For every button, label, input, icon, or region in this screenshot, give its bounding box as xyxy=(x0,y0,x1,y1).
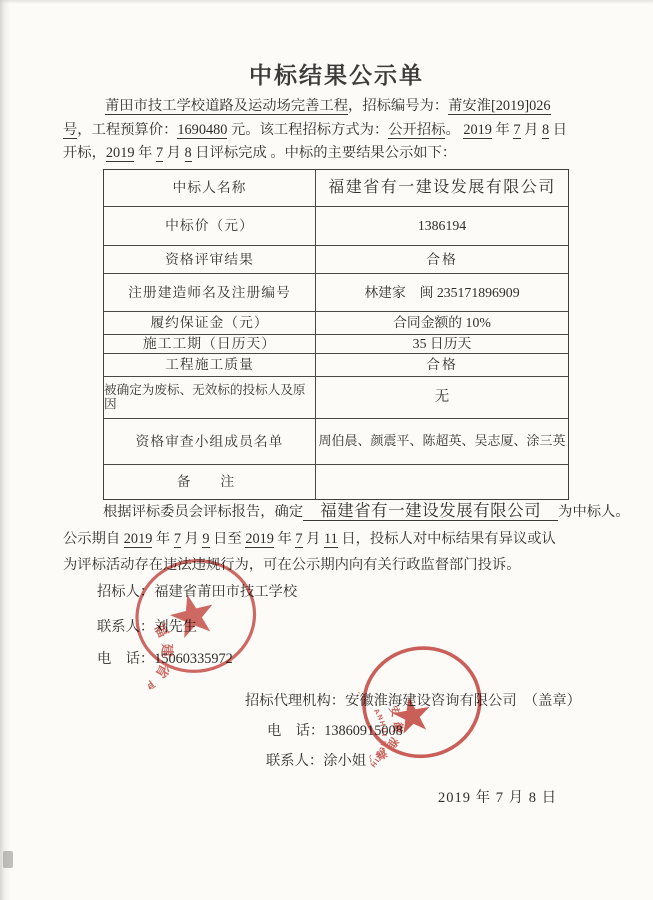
table-row: 中标人名称福建省有一建设发展有限公司 xyxy=(104,170,568,206)
text-segment: 日至 xyxy=(210,531,246,547)
row-label: 履约保证金（元） xyxy=(104,312,315,334)
contact-name: 涂小姐 xyxy=(323,753,366,769)
underlined-text: 11 xyxy=(324,531,338,548)
text-segment: 月 xyxy=(521,122,542,138)
row-value: 1386194 xyxy=(315,207,568,245)
text-segment: 公示期自 xyxy=(63,531,124,547)
table-row: 注册建造师名及注册编号林建家 闽 235171896909 xyxy=(104,273,568,311)
scan-edge-shadow xyxy=(0,0,10,900)
confirm-line: 根据评标委员会评标报告，确定 福建省有一建设发展有限公司 为中标人。 xyxy=(63,498,593,526)
scanned-document-page: 中标结果公示单 莆田市技工学校道路及运动场完善工程，招标编号为：莆安淮[2019… xyxy=(0,0,653,900)
underlined-text: 9 xyxy=(202,531,209,548)
row-value: 合同金额的 10% xyxy=(315,312,568,334)
row-value: 无 xyxy=(315,377,568,418)
underlined-text: 2019 xyxy=(463,122,492,139)
text-segment: 年 xyxy=(492,122,513,138)
text-segment: 为评标活动存在违法违规行为，可在公示期内向有关行政监督部门投诉。 xyxy=(63,557,521,573)
intro-line: 莆田市技工学校道路及运动场完善工程，招标编号为：莆安淮[2019]026 xyxy=(63,95,593,119)
phone-number: 13860915008 xyxy=(324,723,403,739)
underlined-text: 莆安淮[2019]026 xyxy=(448,98,550,115)
confirm-line: 为评标活动存在违法违规行为，可在公示期内向有关行政监督部门投诉。 xyxy=(63,552,593,579)
underlined-text: 号 xyxy=(63,122,77,139)
underlined-text: 7 xyxy=(513,122,520,139)
table-row: 中标价（元）1386194 xyxy=(104,206,568,245)
tenderer-line: 招标人：福建省莆田市技工学校 xyxy=(97,581,297,601)
contact-name: 刘先生 xyxy=(154,619,197,635)
tenderer-phone-line: 电 话：15060335972 xyxy=(97,648,233,668)
underlined-text: 莆田市技工学校道路及运动场完善工程 xyxy=(105,98,348,115)
underlined-text: 7 xyxy=(295,531,302,548)
scan-edge-mark xyxy=(3,851,13,868)
row-value: 合格 xyxy=(315,354,568,376)
text-segment: 。 xyxy=(445,122,463,138)
text-segment: 月 xyxy=(181,531,202,547)
underlined-text: 1690480 xyxy=(177,122,227,139)
text-segment: 日 xyxy=(549,122,567,138)
text-segment: 元。该工程招标方式为： xyxy=(227,122,388,138)
underlined-text: 2019 xyxy=(124,531,153,548)
phone-label: 电 话： xyxy=(97,651,154,667)
row-value: 35 日历天 xyxy=(315,335,568,353)
tenderer-contact-line: 联系人：刘先生 xyxy=(97,616,197,636)
underlined-text: 福建省有一建设发展有限公司 xyxy=(303,501,558,521)
text-segment: ，招标编号为： xyxy=(348,98,448,114)
contact-label: 联系人： xyxy=(97,619,154,635)
table-row: 被确定为废标、无效标的投标人及原因无 xyxy=(104,376,568,418)
text-segment: 日评标完成 。中标的主要结果公示如下： xyxy=(192,145,457,161)
text-segment: 为中标人。 xyxy=(558,504,629,520)
scan-top-shadow xyxy=(0,0,653,4)
underlined-text: 2019 xyxy=(106,145,135,162)
page-title: 中标结果公示单 xyxy=(10,57,653,90)
confirm-line: 公示期自 2019 年 7 月 9 日至 2019 年 7 月 11 日，投标人… xyxy=(63,526,593,553)
row-label: 备 注 xyxy=(104,465,315,499)
row-value: 周伯晨、颜震平、陈超英、吴志厦、涂三英 xyxy=(315,419,568,464)
table-row: 工程施工质量合格 xyxy=(104,353,568,376)
agency-contact-line: 联系人：涂小姐 xyxy=(266,750,366,770)
seal-arc-text: 福建省莆田市技工学校 xyxy=(121,598,188,690)
contact-label: 联系人： xyxy=(266,753,323,769)
intro-paragraph: 莆田市技工学校道路及运动场完善工程，招标编号为：莆安淮[2019]026 号，工… xyxy=(63,95,593,166)
table-row: 施工工期（日历天）35 日历天 xyxy=(104,334,568,353)
table-row: 履约保证金（元）合同金额的 10% xyxy=(104,311,568,334)
text-segment: 年 xyxy=(152,531,173,547)
text-segment: 月 xyxy=(303,531,324,547)
intro-line: 开标，2019 年 7 月 8 日评标完成 。中标的主要结果公示如下： xyxy=(63,142,593,166)
tenderer-name: 福建省莆田市技工学校 xyxy=(154,584,297,600)
text-segment: 月 xyxy=(163,145,184,161)
bid-result-table: 中标人名称福建省有一建设发展有限公司中标价（元）1386194资格评审结果合格注… xyxy=(103,169,569,500)
row-value: 林建家 闽 235171896909 xyxy=(315,274,568,311)
document-date: 2019 年 7 月 8 日 xyxy=(438,786,557,807)
table-row: 资格审查小组成员名单周伯晨、颜震平、陈超英、吴志厦、涂三英 xyxy=(104,418,568,464)
text-segment: 根据评标委员会评标报告，确定 xyxy=(103,504,303,520)
row-label: 中标人名称 xyxy=(104,170,315,206)
row-value xyxy=(315,465,568,499)
row-value: 合格 xyxy=(315,246,568,273)
text-segment: 开标， xyxy=(63,145,106,161)
underlined-text: 公开招标 xyxy=(388,122,445,139)
agency-label: 招标代理机构： xyxy=(245,693,345,709)
underlined-text: 7 xyxy=(174,531,181,548)
text-segment: ，工程预算价： xyxy=(77,122,177,138)
phone-number: 15060335972 xyxy=(154,651,233,667)
table-row: 资格评审结果合格 xyxy=(104,245,568,273)
agency-phone-line: 电 话：13860915008 xyxy=(267,720,403,740)
text-segment: 年 xyxy=(134,145,155,161)
underlined-text: 8 xyxy=(185,145,192,162)
agency-name: 安徽淮海建设咨询有限公司 xyxy=(345,693,517,709)
row-label: 中标价（元） xyxy=(104,207,315,245)
tenderer-label: 招标人： xyxy=(97,584,154,600)
svg-text:福建省莆田市技工学校: 福建省莆田市技工学校 xyxy=(121,598,188,690)
row-label: 施工工期（日历天） xyxy=(104,335,315,353)
text-segment: 日，投标人对中标结果有异议或认 xyxy=(338,531,556,547)
row-label: 注册建造师名及注册编号 xyxy=(104,274,315,311)
row-label: 资格审查小组成员名单 xyxy=(104,419,315,464)
row-label: 工程施工质量 xyxy=(104,354,315,376)
table-row: 备 注 xyxy=(104,464,568,499)
text-segment: 年 xyxy=(274,531,295,547)
agency-line: 招标代理机构：安徽淮海建设咨询有限公司 （盖章） xyxy=(245,690,581,710)
row-value: 福建省有一建设发展有限公司 xyxy=(315,170,568,206)
seal-note: （盖章） xyxy=(531,693,581,709)
row-label: 资格评审结果 xyxy=(104,246,315,273)
confirmation-paragraph: 根据评标委员会评标报告，确定 福建省有一建设发展有限公司 为中标人。 公示期自 … xyxy=(63,498,593,579)
row-label: 被确定为废标、无效标的投标人及原因 xyxy=(104,377,315,418)
intro-line: 号，工程预算价：1690480 元。该工程招标方式为：公开招标。 2019 年 … xyxy=(63,119,593,143)
phone-label: 电 话： xyxy=(267,723,324,739)
underlined-text: 2019 xyxy=(245,531,274,548)
